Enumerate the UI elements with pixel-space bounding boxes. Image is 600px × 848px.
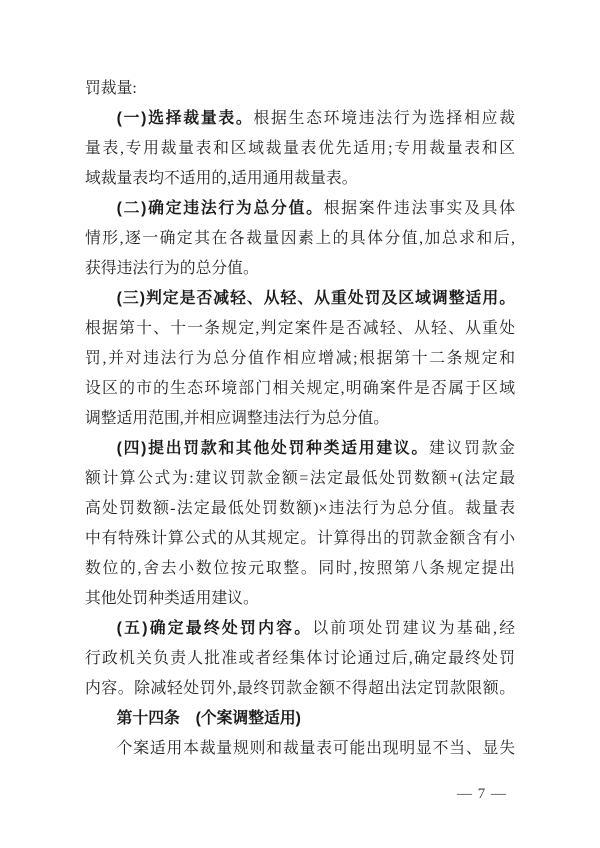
text-line: 调整适用范围,并相应调整违法行为总分值。	[85, 404, 515, 434]
text-run: 数位的,舍去小数位按元取整。同时,按照第八条规定提出	[85, 560, 515, 577]
text-run: 罚,并对违法行为总分值作相应增减;根据第十二条规定和	[85, 350, 515, 367]
text-line: 罚,并对违法行为总分值作相应增减;根据第十二条规定和	[85, 344, 515, 374]
text-run: 情形,逐一确定其在各裁量因素上的具体分值,加总求和后,	[85, 230, 515, 247]
bold-text-run: (一)选择裁量表。	[117, 110, 254, 127]
text-line: 个案适用本裁量规则和裁量表可能出现明显不当、显失	[85, 734, 515, 764]
text-run: 个案适用本裁量规则和裁量表可能出现明显不当、显失	[117, 740, 515, 757]
text-line: 第十四条 (个案调整适用)	[85, 704, 515, 734]
bold-text-run: (四)提出罚款和其他处罚种类适用建议。	[117, 440, 429, 457]
text-line: (三)判定是否减轻、从轻、从重处罚及区域调整适用。	[85, 284, 515, 314]
bold-text-run: (五)确定最终处罚内容。	[117, 620, 313, 637]
text-line: (二)确定违法行为总分值。根据案件违法事实及具体	[85, 194, 515, 224]
bold-text-run: (三)判定是否减轻、从轻、从重处罚及区域调整适用。	[117, 290, 515, 307]
text-run: 高处罚数额-法定最低处罚数额)×违法行为总分值。裁量表	[85, 500, 515, 517]
text-run: 量表,专用裁量表和区域裁量表优先适用;专用裁量表和区	[85, 140, 515, 157]
text-run: 根据案件违法事实及具体	[324, 200, 515, 217]
text-run: 以前项处罚建议为基础,经	[312, 620, 515, 637]
text-line: 数位的,舍去小数位按元取整。同时,按照第八条规定提出	[85, 554, 515, 584]
text-run: 根据生态环境违法行为选择相应裁	[253, 110, 515, 127]
document-body: 罚裁量:(一)选择裁量表。根据生态环境违法行为选择相应裁量表,专用裁量表和区域裁…	[85, 74, 515, 764]
text-line: (一)选择裁量表。根据生态环境违法行为选择相应裁	[85, 104, 515, 134]
text-run: 根据第十、十一条规定,判定案件是否减轻、从轻、从重处	[85, 320, 515, 337]
text-line: 情形,逐一确定其在各裁量因素上的具体分值,加总求和后,	[85, 224, 515, 254]
text-run: 中有特殊计算公式的从其规定。计算得出的罚款金额含有小	[85, 530, 515, 547]
text-line: 根据第十、十一条规定,判定案件是否减轻、从轻、从重处	[85, 314, 515, 344]
text-line: 其他处罚种类适用建议。	[85, 584, 515, 614]
text-run: 罚裁量:	[85, 80, 137, 97]
text-run: 建议罚款金	[429, 440, 515, 457]
text-run: 内容。除减轻处罚外,最终罚款金额不得超出法定罚款限额。	[85, 680, 515, 697]
text-line: 域裁量表均不适用的,适用通用裁量表。	[85, 164, 515, 194]
text-line: 量表,专用裁量表和区域裁量表优先适用;专用裁量表和区	[85, 134, 515, 164]
text-run: 其他处罚种类适用建议。	[85, 590, 259, 607]
text-run: 调整适用范围,并相应调整违法行为总分值。	[85, 410, 389, 427]
text-line: 内容。除减轻处罚外,最终罚款金额不得超出法定罚款限额。	[85, 674, 515, 704]
bold-text-run: 第十四条 (个案调整适用)	[117, 710, 301, 727]
text-line: 高处罚数额-法定最低处罚数额)×违法行为总分值。裁量表	[85, 494, 515, 524]
text-run: 行政机关负责人批准或者经集体讨论通过后,确定最终处罚	[85, 650, 515, 667]
text-line: 设区的市的生态环境部门相关规定,明确案件是否属于区域	[85, 374, 515, 404]
text-line: 中有特殊计算公式的从其规定。计算得出的罚款金额含有小	[85, 524, 515, 554]
text-line: 行政机关负责人批准或者经集体讨论通过后,确定最终处罚	[85, 644, 515, 674]
text-run: 额计算公式为:建议罚款金额=法定最低处罚数额+(法定最	[85, 470, 515, 487]
text-run: 域裁量表均不适用的,适用通用裁量表。	[85, 170, 358, 187]
text-line: 获得违法行为的总分值。	[85, 254, 515, 284]
document-page: 罚裁量:(一)选择裁量表。根据生态环境违法行为选择相应裁量表,专用裁量表和区域裁…	[0, 0, 600, 848]
page-number: — 7 —	[457, 786, 507, 803]
text-line: (四)提出罚款和其他处罚种类适用建议。建议罚款金	[85, 434, 515, 464]
text-run: 设区的市的生态环境部门相关规定,明确案件是否属于区域	[85, 380, 515, 397]
text-line: 罚裁量:	[85, 74, 515, 104]
bold-text-run: (二)确定违法行为总分值。	[117, 200, 324, 217]
text-run: 获得违法行为的总分值。	[85, 260, 259, 277]
text-line: (五)确定最终处罚内容。以前项处罚建议为基础,经	[85, 614, 515, 644]
text-line: 额计算公式为:建议罚款金额=法定最低处罚数额+(法定最	[85, 464, 515, 494]
